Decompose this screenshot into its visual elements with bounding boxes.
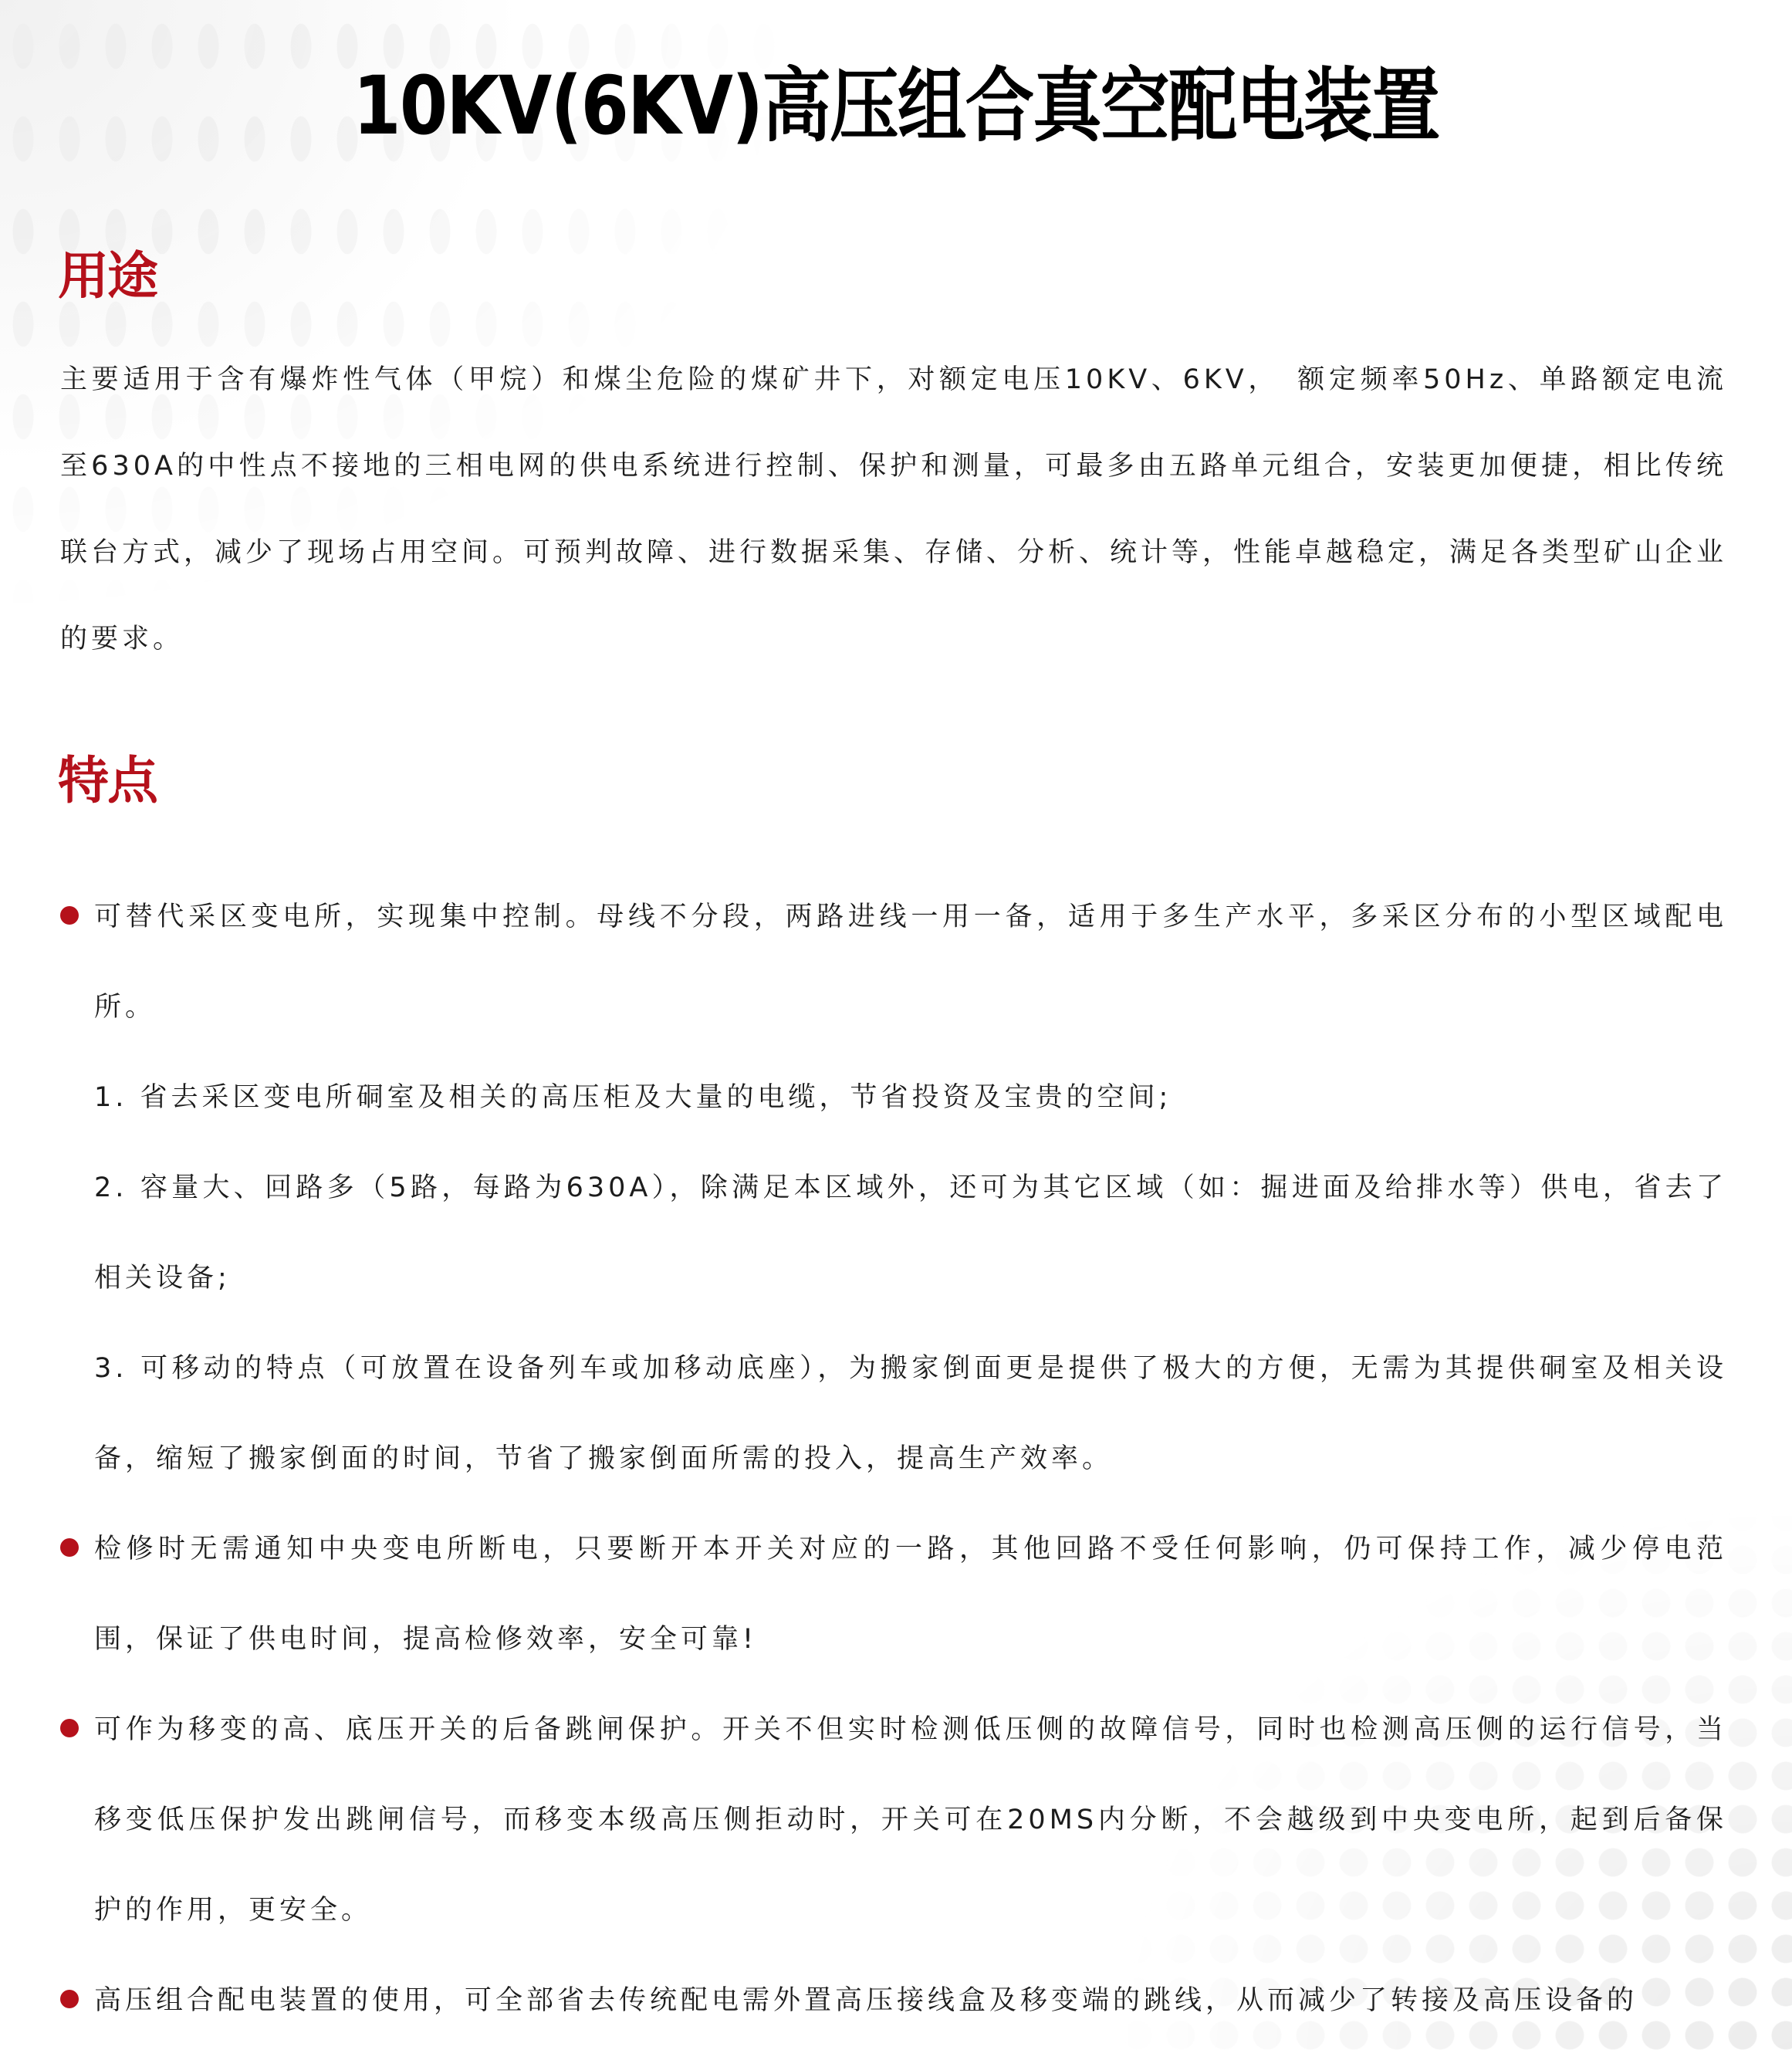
feature-sub-item: 3. 可移动的特点（可放置在设备列车或加移动底座），为搬家倒面更是提供了极大的方… (94, 1324, 1727, 1504)
feature-text: 可作为移变的高、底压开关的后备跳闸保护。开关不但实时检测低压侧的故障信号，同时也… (94, 1714, 1727, 1926)
bullet-dot-icon (60, 1990, 79, 2008)
feature-text: 可替代采区变电所，实现集中控制。母线不分段，两路进线一用一备，适用于多生产水平，… (94, 901, 1727, 1023)
feature-sub-item: 1. 省去采区变电所硐室及相关的高压柜及大量的电缆，节省投资及宝贵的空间; (94, 1053, 1727, 1143)
feature-item: 可替代采区变电所，实现集中控制。母线不分段，两路进线一用一备，适用于多生产水平，… (60, 872, 1727, 1504)
feature-item: 检修时无需通知中央变电所断电，只要断开本开关对应的一路，其他回路不受任何影响，仍… (60, 1504, 1727, 1685)
feature-item: 可作为移变的高、底压开关的后备跳闸保护。开关不但实时检测低压侧的故障信号，同时也… (60, 1685, 1727, 1956)
feature-item: 高压组合配电装置的使用，可全部省去传统配电需外置高压接线盒及移变端的跳线，从而减… (60, 1956, 1727, 2046)
page-title: 10KV(6KV)高压组合真空配电装置 (126, 56, 1667, 156)
bullet-dot-icon (60, 1538, 79, 1557)
bullet-dot-icon (60, 906, 79, 925)
usage-paragraph: 主要适用于含有爆炸性气体（甲烷）和煤尘危险的煤矿井下，对额定电压10KV、6KV… (60, 337, 1727, 682)
feature-sub-item: 2. 容量大、回路多（5路，每路为630A），除满足本区域外，还可为其它区域（如… (94, 1143, 1727, 1324)
features-heading: 特点 (58, 750, 157, 812)
usage-heading: 用途 (58, 245, 157, 307)
bullet-dot-icon (60, 1719, 79, 1737)
feature-text: 高压组合配电装置的使用，可全部省去传统配电需外置高压接线盒及移变端的跳线，从而减… (94, 1985, 1638, 2016)
features-list: 可替代采区变电所，实现集中控制。母线不分段，两路进线一用一备，适用于多生产水平，… (60, 872, 1727, 2046)
feature-text: 检修时无需通知中央变电所断电，只要断开本开关对应的一路，其他回路不受任何影响，仍… (94, 1534, 1727, 1655)
